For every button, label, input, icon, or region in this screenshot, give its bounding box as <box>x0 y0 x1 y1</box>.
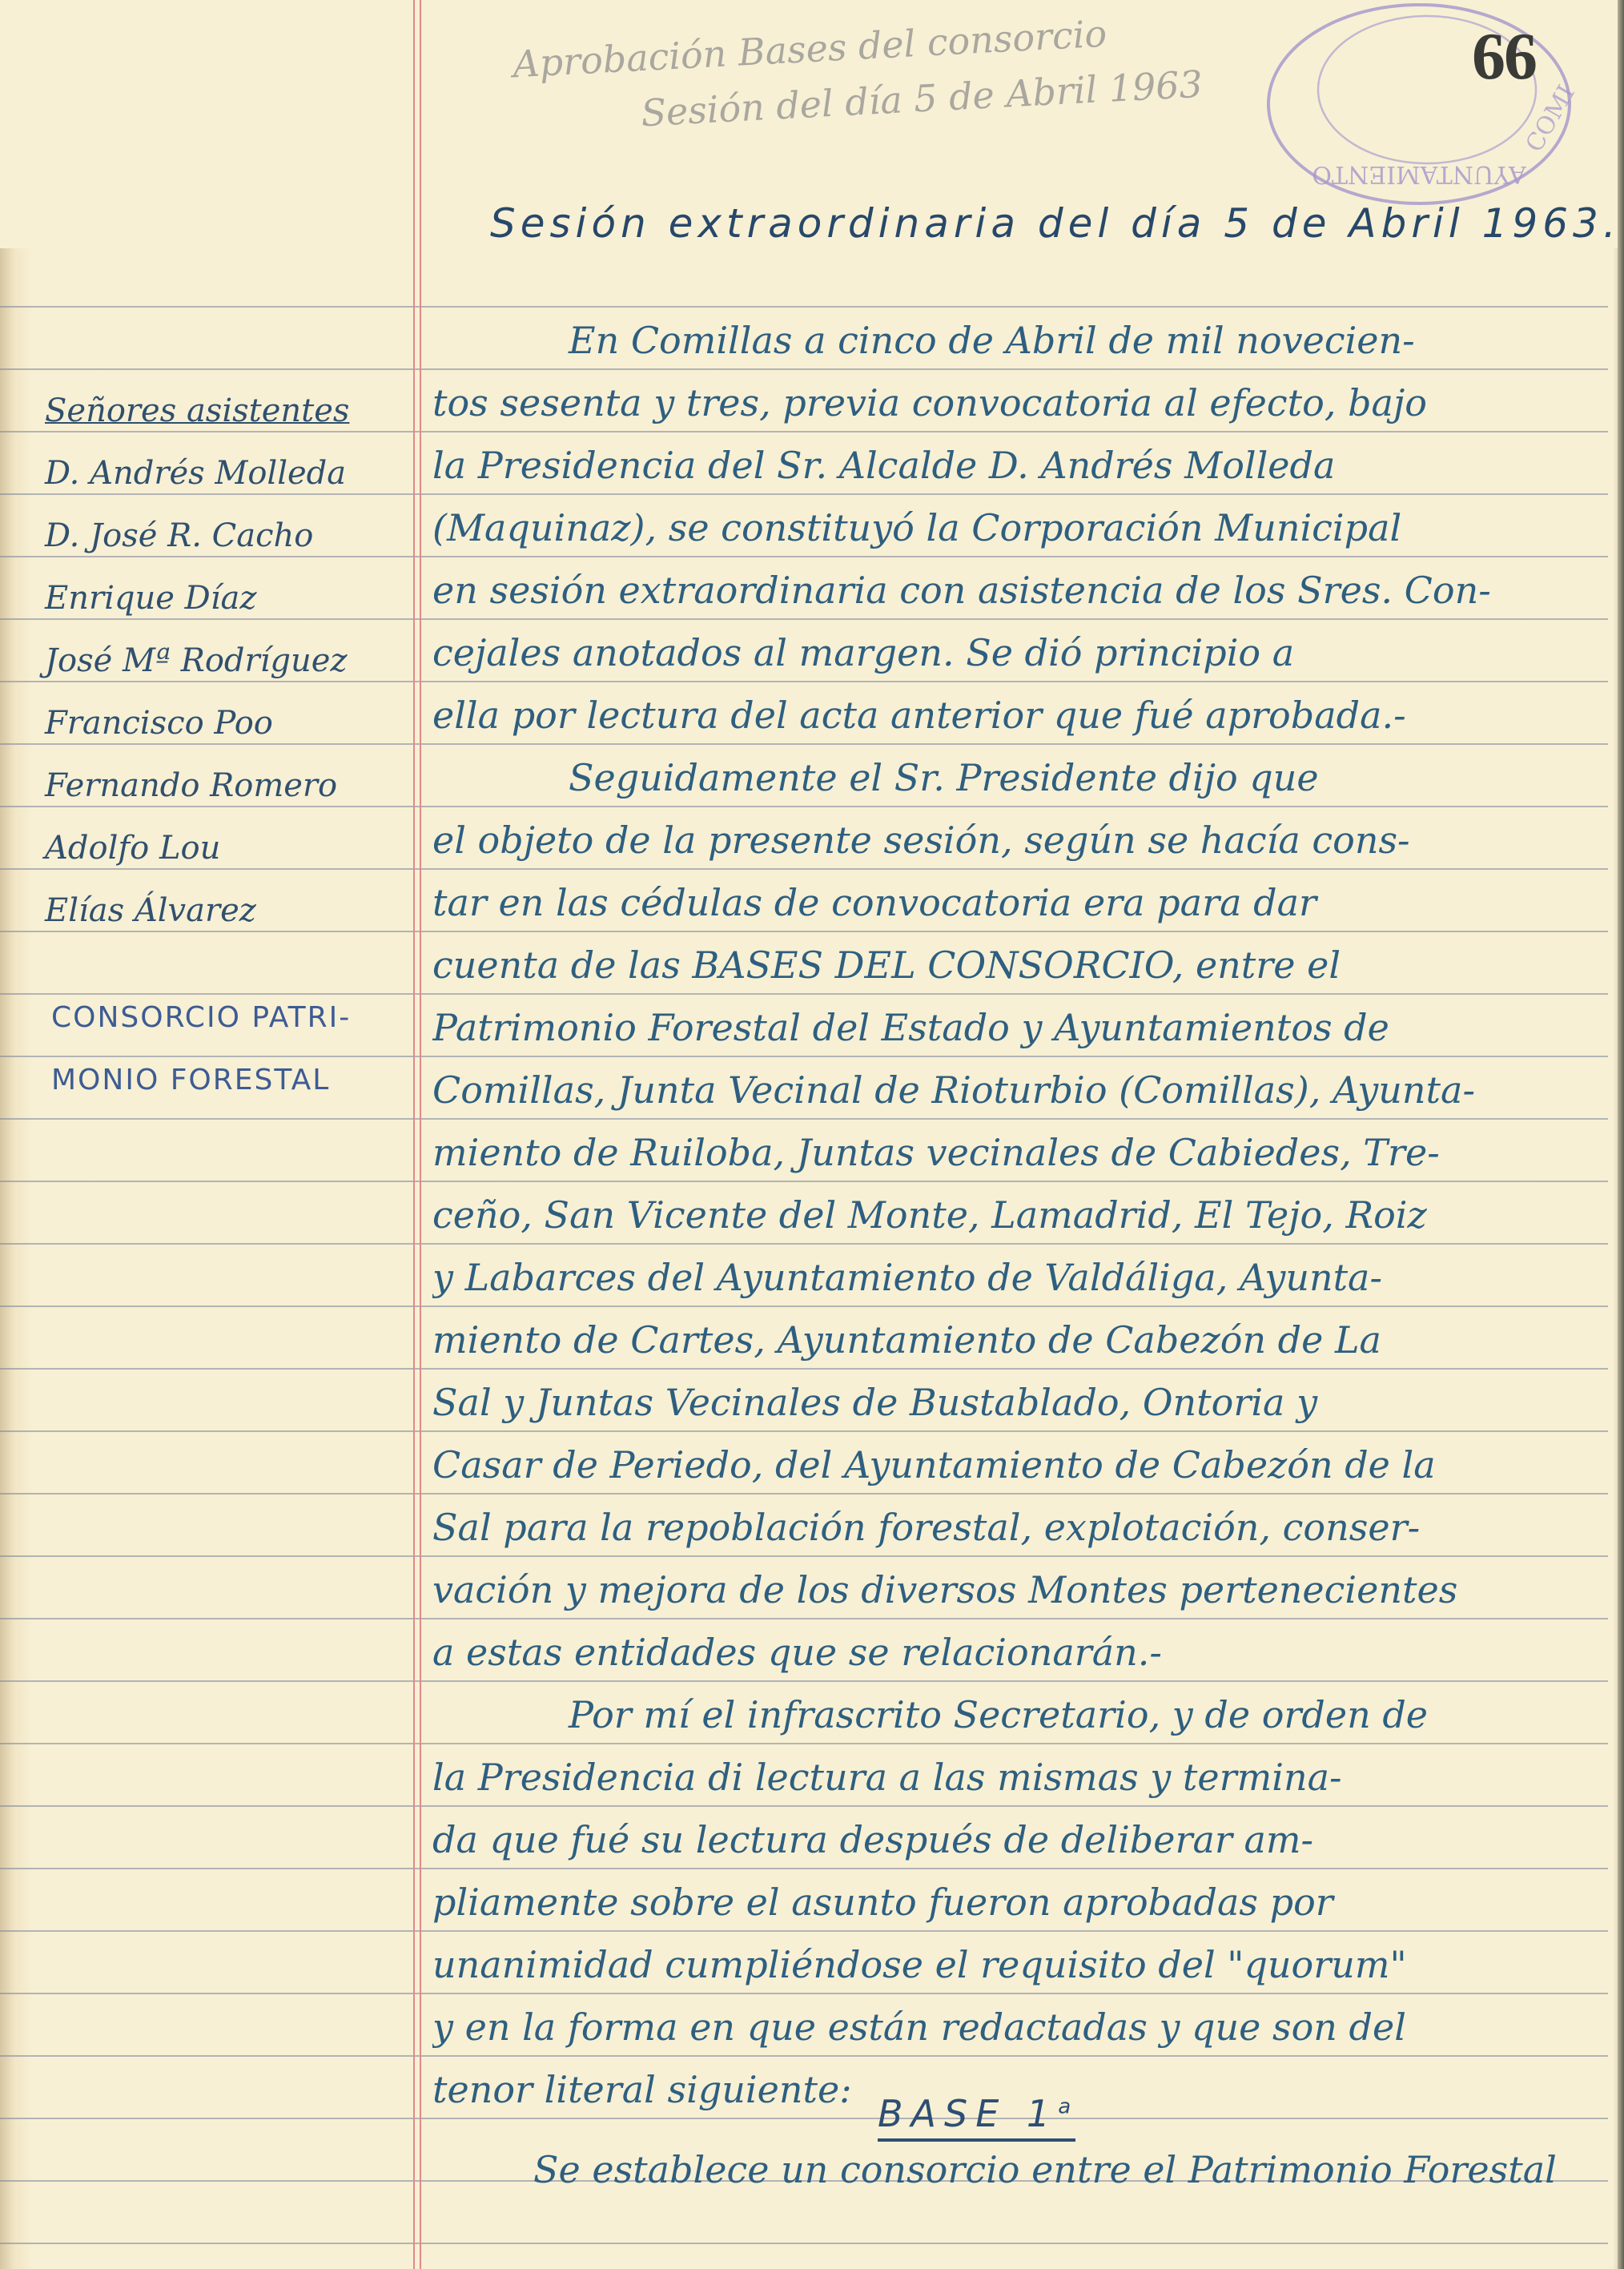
attendee: Francisco Poo <box>45 692 381 754</box>
minutes-line: tar en las cédulas de convocatoria era p… <box>432 871 1594 934</box>
attendee: Elías Álvarez <box>45 879 381 942</box>
base-heading-text: BASE 1 <box>878 2092 1058 2135</box>
minutes-line: da que fué su lectura después de deliber… <box>432 1808 1594 1871</box>
margin-note-line: MONIO FORESTAL <box>51 1049 388 1112</box>
minutes-body: En Comillas a cinco de Abril de mil nove… <box>432 309 1594 2121</box>
page-edge <box>1618 0 1624 2269</box>
margin-note-consorcio: CONSORCIO PATRI- MONIO FORESTAL <box>51 987 388 1112</box>
svg-text:AYUNTAMIENTO: AYUNTAMIENTO <box>1312 160 1526 188</box>
attendee: Adolfo Lou <box>45 817 381 879</box>
minutes-line: y en la forma en que están redactadas y … <box>432 1996 1594 2058</box>
minutes-line: la Presidencia del Sr. Alcalde D. Andrés… <box>432 434 1594 497</box>
attendee: José Mª Rodríguez <box>45 630 381 692</box>
base-first-line: Se establece un consorcio entre el Patri… <box>533 2148 1557 2191</box>
minutes-line: cuenta de las BASES DEL CONSORCIO, entre… <box>432 934 1594 996</box>
margin-note-line: CONSORCIO PATRI- <box>51 987 388 1049</box>
minutes-line: pliamente sobre el asunto fueron aprobad… <box>432 1871 1594 1933</box>
attendee: D. José R. Cacho <box>45 505 381 567</box>
minutes-line: Por mí el infrascrito Secretario, y de o… <box>432 1684 1594 1746</box>
session-title: Sesión extraordinaria del día 5 de Abril… <box>490 200 1621 247</box>
base-ordinal: a <box>1058 2095 1071 2119</box>
minutes-line: unanimidad cumpliéndose el requisito del… <box>432 1933 1594 1996</box>
minutes-line: la Presidencia di lectura a las mismas y… <box>432 1746 1594 1808</box>
minutes-line: cejales anotados al margen. Se dió princ… <box>432 622 1594 684</box>
minutes-line: miento de Cartes, Ayuntamiento de Cabezó… <box>432 1309 1594 1371</box>
minutes-line: miento de Ruiloba, Juntas vecinales de C… <box>432 1121 1594 1184</box>
minutes-line: En Comillas a cinco de Abril de mil nove… <box>432 309 1594 372</box>
minutes-line: tos sesenta y tres, previa convocatoria … <box>432 372 1594 434</box>
attendees-heading: Señores asistentes <box>45 380 381 442</box>
margin-line-red-right <box>420 0 421 2269</box>
attendee: D. Andrés Molleda <box>45 442 381 505</box>
minutes-line: ceño, San Vicente del Monte, Lamadrid, E… <box>432 1184 1594 1246</box>
attendee: Fernando Romero <box>45 754 381 817</box>
minutes-line: ella por lectura del acta anterior que f… <box>432 684 1594 746</box>
attendees-column: Señores asistentes D. Andrés Molleda D. … <box>45 380 381 942</box>
page-number: 66 <box>1472 18 1536 95</box>
minutes-line: y Labarces del Ayuntamiento de Valdáliga… <box>432 1246 1594 1309</box>
minutes-line: Sal para la repoblación forestal, explot… <box>432 1496 1594 1559</box>
minutes-line: Sal y Juntas Vecinales de Bustablado, On… <box>432 1371 1594 1434</box>
minutes-line: (Maquinaz), se constituyó la Corporación… <box>432 497 1594 559</box>
minutes-line: a estas entidades que se relacionarán.- <box>432 1621 1594 1684</box>
ledger-page: Aprobación Bases del consorcio Sesión de… <box>0 0 1624 2269</box>
base-heading: BASE 1a <box>878 2092 1075 2142</box>
minutes-line: en sesión extraordinaria con asistencia … <box>432 559 1594 622</box>
attendee: Enrique Díaz <box>45 567 381 630</box>
minutes-line: Comillas, Junta Vecinal de Rioturbio (Co… <box>432 1059 1594 1121</box>
minutes-line: Patrimonio Forestal del Estado y Ayuntam… <box>432 996 1594 1059</box>
minutes-line: vación y mejora de los diversos Montes p… <box>432 1559 1594 1621</box>
minutes-line: el objeto de la presente sesión, según s… <box>432 809 1594 871</box>
margin-line-red-left <box>413 0 415 2269</box>
minutes-line: Seguidamente el Sr. Presidente dijo que <box>432 746 1594 809</box>
minutes-line: Casar de Periedo, del Ayuntamiento de Ca… <box>432 1434 1594 1496</box>
